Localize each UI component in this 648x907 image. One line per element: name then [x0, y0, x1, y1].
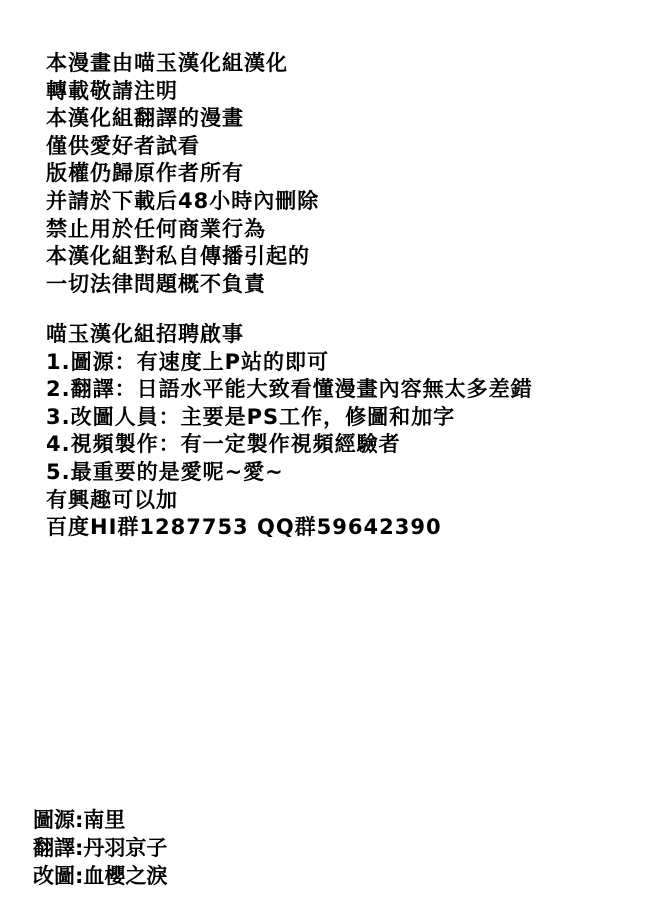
notice-line: 僅供愛好者試看 [46, 133, 319, 161]
credit-translation: 翻譯:丹羽京子 [33, 834, 167, 862]
recruitment-item: 3.改圖人員：主要是PS工作，修圖和加字 [46, 404, 533, 432]
notice-line: 并請於下載后48小時內刪除 [46, 188, 319, 216]
recruitment-item: 1.圖源：有速度上P站的即可 [46, 349, 533, 377]
notice-line: 本漢化組翻譯的漫畫 [46, 105, 319, 133]
recruitment-item: 4.視頻製作：有一定製作視頻經驗者 [46, 431, 533, 459]
credit-editing: 改圖:血櫻之淚 [33, 862, 167, 890]
notice-line: 本漢化組對私自傳播引起的 [46, 243, 319, 271]
notice-line: 禁止用於任何商業行為 [46, 216, 319, 244]
contact-info: 百度HI群1287753 QQ群59642390 [46, 514, 533, 542]
recruitment-item: 5.最重要的是愛呢~愛~ [46, 459, 533, 487]
notice-line: 版權仍歸原作者所有 [46, 160, 319, 188]
notice-line: 本漫畫由喵玉漢化組漢化 [46, 50, 319, 78]
recruitment-title: 喵玉漢化組招聘啟事 [46, 321, 533, 349]
copyright-notice: 本漫畫由喵玉漢化組漢化 轉載敬請注明 本漢化組翻譯的漫畫 僅供愛好者試看 版權仍… [46, 50, 319, 298]
credits: 圖源:南里 翻譯:丹羽京子 改圖:血櫻之淚 [33, 806, 167, 890]
join-text: 有興趣可以加 [46, 487, 533, 515]
notice-line: 一切法律問題概不負責 [46, 271, 319, 299]
credit-source: 圖源:南里 [33, 806, 167, 834]
recruitment-item: 2.翻譯：日語水平能大致看懂漫畫內容無太多差錯 [46, 376, 533, 404]
recruitment-notice: 喵玉漢化組招聘啟事 1.圖源：有速度上P站的即可 2.翻譯：日語水平能大致看懂漫… [46, 321, 533, 542]
notice-line: 轉載敬請注明 [46, 78, 319, 106]
